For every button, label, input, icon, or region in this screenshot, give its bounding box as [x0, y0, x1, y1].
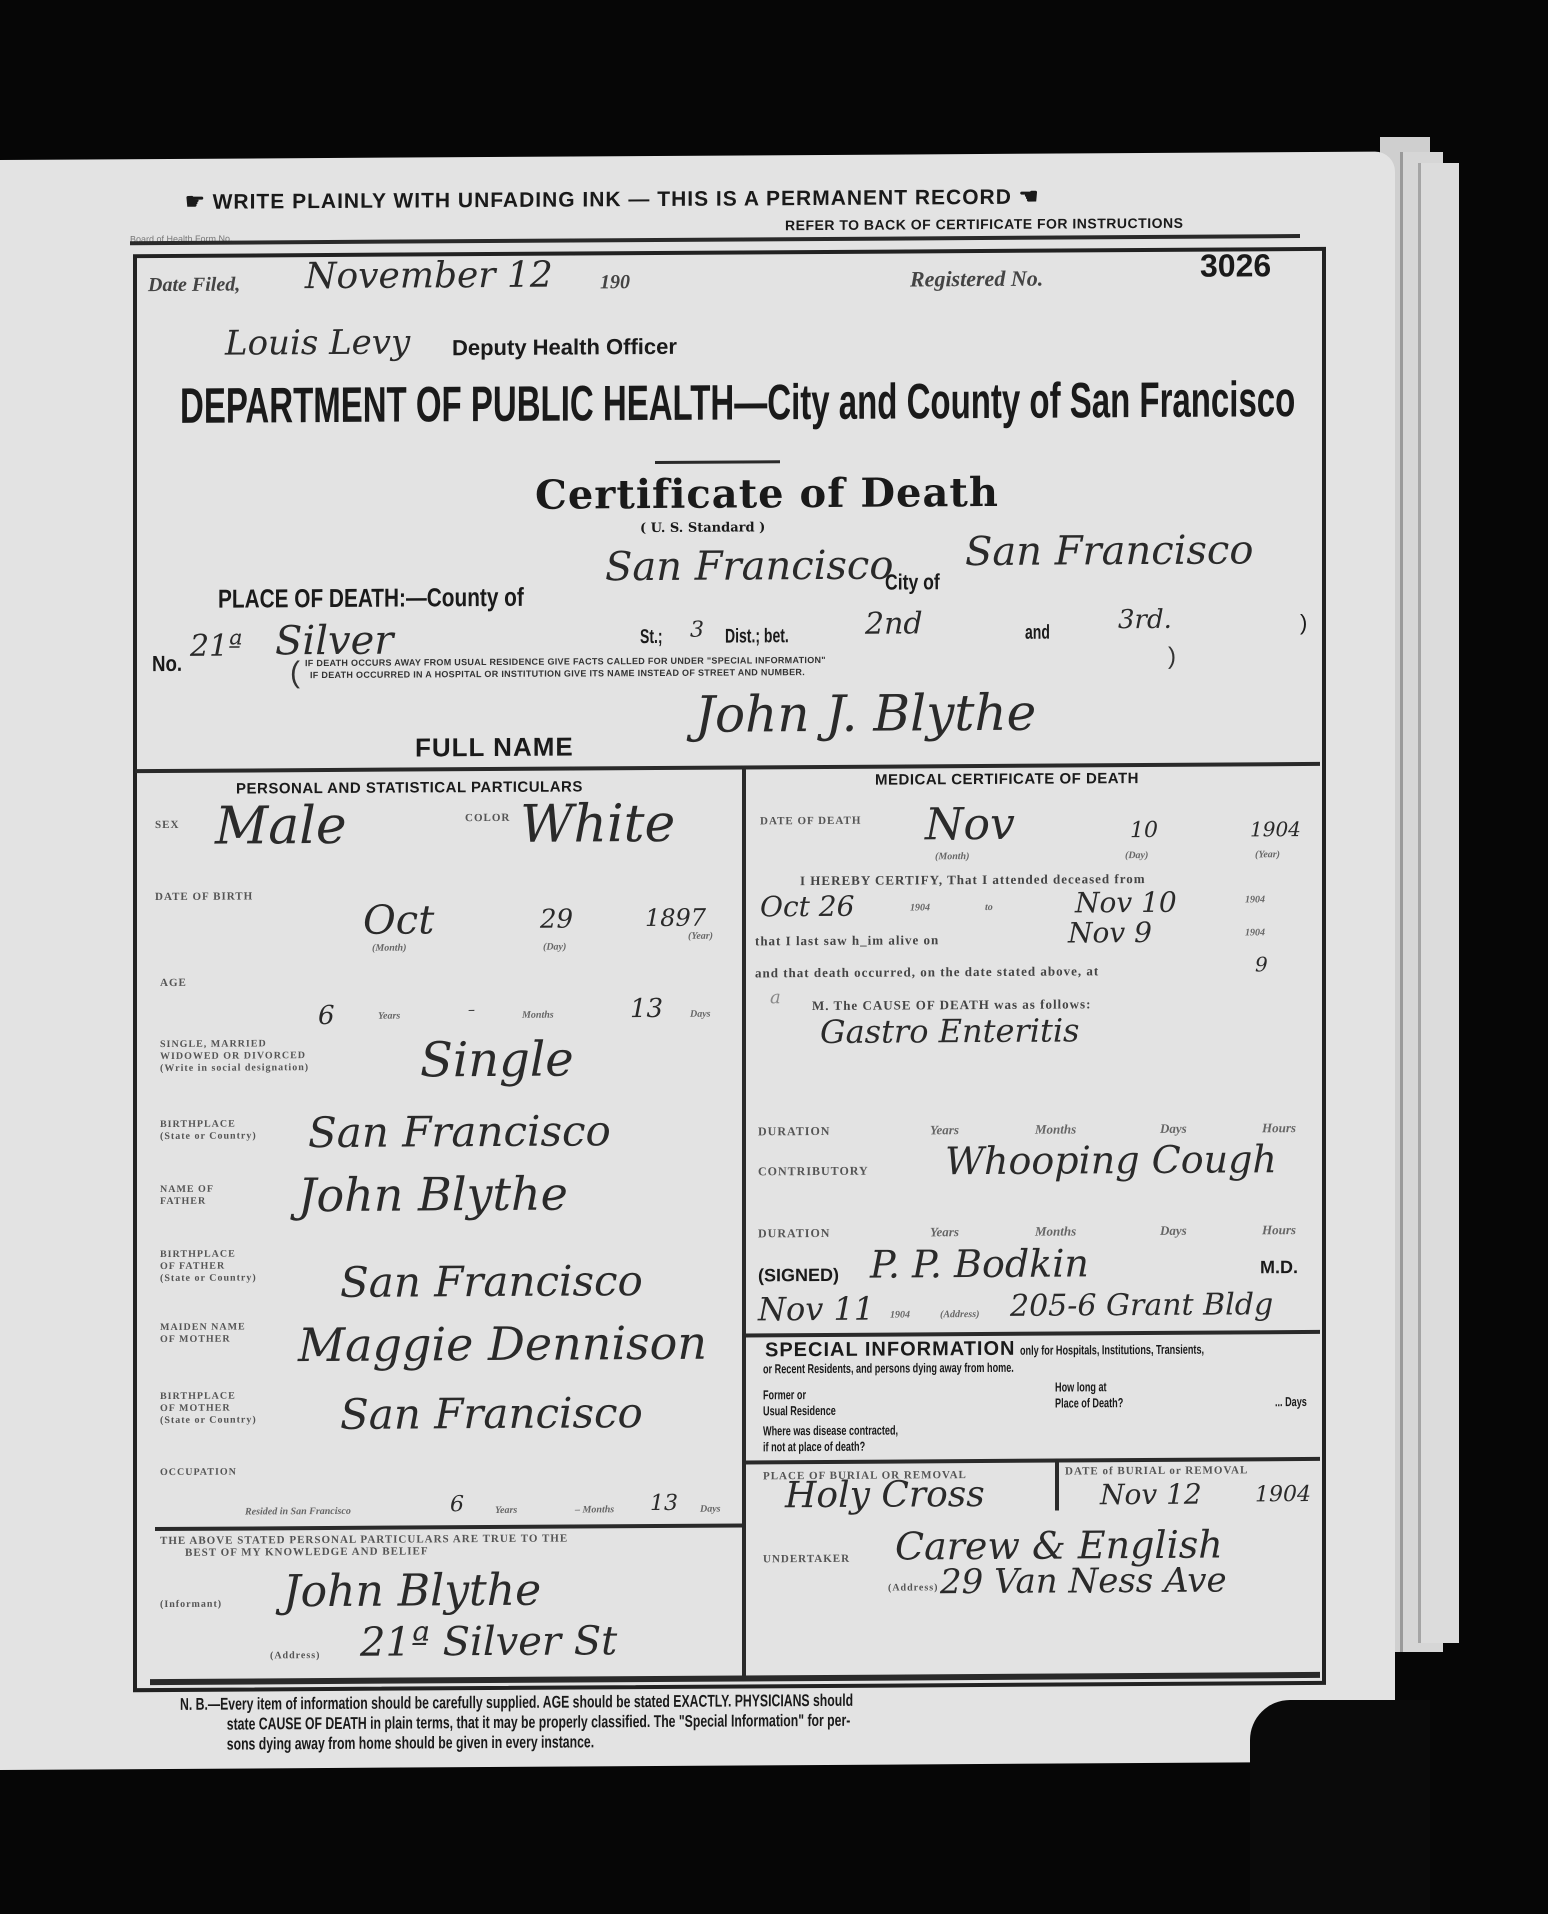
medical-heading: MEDICAL CERTIFICATE OF DEATH: [875, 770, 1139, 789]
county-value: San Francisco: [605, 543, 893, 591]
date-filed-year: 190: [600, 271, 630, 294]
undertaker-address-label: (Address): [888, 1582, 938, 1594]
place-of-death-label: PLACE OF DEATH:—County of: [218, 582, 524, 615]
age-months-label: Months: [522, 1010, 554, 1021]
resided-days: 13: [650, 1491, 678, 1516]
occupation-label: OCCUPATION: [160, 1467, 237, 1479]
duration-days: Days: [1160, 1121, 1187, 1137]
certify-text: I HEREBY CERTIFY, That I attended deceas…: [800, 873, 1146, 887]
date-filed-label: Date Filed,: [148, 274, 240, 298]
paren: ): [1300, 610, 1307, 636]
resided-months: – Months: [575, 1504, 614, 1515]
city-label: City of: [885, 569, 940, 595]
between-street-1: 2nd: [865, 606, 923, 641]
duration-months-2: Months: [1035, 1223, 1076, 1239]
street-label: St.;: [640, 626, 663, 649]
undertaker-address: 29 Van Ness Ave: [940, 1561, 1227, 1603]
burial-place: Holy Cross: [785, 1474, 985, 1516]
last-saw-label: that I last saw h_im alive on: [755, 934, 939, 947]
full-name-label: FULL NAME: [415, 731, 574, 763]
age-years-label: Years: [378, 1011, 400, 1022]
officer-signature: Louis Levy: [225, 322, 410, 363]
dod-year-label: (Year): [1255, 849, 1280, 860]
death-occurred-text: and that death occurred, on the date sta…: [755, 965, 1099, 979]
former-residence-label: Former or Usual Residence: [763, 1387, 836, 1419]
duration-months: Months: [1035, 1121, 1076, 1137]
banner: ☛ WRITE PLAINLY WITH UNFADING INK — THIS…: [185, 184, 1039, 215]
dob-day-label: (Day): [543, 942, 566, 953]
marital-label: SINGLE, MARRIED WIDOWED OR DIVORCED (Wri…: [160, 1038, 309, 1075]
dob-label: DATE OF BIRTH: [155, 890, 253, 903]
page-stack-edge: [1418, 163, 1459, 1643]
resided-days-label: Days: [700, 1504, 721, 1515]
death-hour: 9: [1255, 952, 1268, 976]
informant-address: 21ª Silver St: [360, 1618, 617, 1666]
dod-day-label: (Day): [1125, 850, 1148, 861]
resided-years-label: Years: [495, 1505, 517, 1516]
father-birthplace-label: BIRTHPLACE OF FATHER (State or Country): [160, 1248, 257, 1285]
duration-days-2: Days: [1160, 1223, 1187, 1239]
contributory-label: CONTRIBUTORY: [758, 1165, 869, 1178]
special-info-subheading: or Recent Residents, and persons dying a…: [763, 1360, 1014, 1377]
color-label: COLOR: [465, 812, 510, 824]
signed-label: (SIGNED): [758, 1265, 839, 1286]
signed-year: 1904: [890, 1309, 910, 1320]
shadow: [1250, 1700, 1430, 1914]
dod-year: 1904: [1250, 817, 1301, 841]
district-label: Dist.; bet.: [725, 625, 789, 648]
dod-month-label: (Month): [935, 851, 969, 862]
father-birthplace: San Francisco: [340, 1256, 643, 1307]
resided-years: 6: [450, 1492, 464, 1517]
paren: (: [290, 656, 300, 690]
footnote: N. B.—Every item of information should b…: [180, 1691, 853, 1755]
undertaker-label: UNDERTAKER: [763, 1553, 850, 1566]
dob-year-label: (Year): [688, 931, 713, 942]
and-label: and: [1025, 622, 1050, 645]
dob-month-label: (Month): [372, 943, 406, 954]
dod-label: DATE OF DEATH: [760, 815, 861, 828]
informant-address-label: (Address): [270, 1650, 320, 1662]
special-info-heading: SPECIAL INFORMATION only for Hospitals, …: [765, 1336, 1283, 1362]
attended-to: Nov 10: [1075, 886, 1177, 920]
resided-label: Resided in San Francisco: [245, 1506, 351, 1518]
color-value: White: [520, 794, 675, 855]
to-label: to: [985, 902, 993, 913]
informant-label: (Informant): [160, 1599, 222, 1611]
last-saw-date: Nov 9: [1068, 916, 1152, 950]
attended-from-year: 1904: [910, 902, 930, 913]
physician-signature: P. P. Bodkin: [870, 1241, 1089, 1286]
burial-divider: [1055, 1463, 1059, 1511]
age-years: 6: [318, 1001, 335, 1031]
am-pm: a: [770, 987, 781, 1008]
sex-value: Male: [215, 796, 347, 857]
registered-number: 3026: [1200, 247, 1271, 284]
age-days-label: Days: [690, 1009, 711, 1020]
mother-birthplace-label: BIRTHPLACE OF MOTHER (State or Country): [160, 1390, 257, 1427]
paren: ): [1168, 643, 1176, 671]
birthplace-label: BIRTHPLACE (State or Country): [160, 1118, 257, 1143]
cause-of-death: Gastro Enteritis: [820, 1011, 1079, 1051]
sex-label: SEX: [155, 819, 179, 831]
attended-to-year: 1904: [1245, 894, 1265, 905]
dob-month: Oct: [363, 897, 434, 943]
age-months: –: [468, 1002, 475, 1018]
pointing-hand-icon: ☛: [185, 189, 206, 214]
duration-hours-2: Hours: [1262, 1222, 1296, 1238]
days-label: ... Days: [1275, 1394, 1307, 1409]
how-long-label: How long at Place of Death?: [1055, 1379, 1123, 1411]
number-label: No.: [152, 651, 182, 677]
dod-day: 10: [1130, 818, 1158, 843]
dob-day: 29: [540, 904, 573, 934]
certificate-subtitle: ( U. S. Standard ): [640, 520, 765, 536]
age-days: 13: [630, 994, 663, 1024]
cause-label: M. The CAUSE OF DEATH was as follows:: [812, 998, 1091, 1012]
burial-date-label: DATE of BURIAL or REMOVAL: [1065, 1464, 1248, 1477]
city-value: San Francisco: [965, 527, 1253, 575]
duration-years: Years: [930, 1122, 959, 1138]
certificate-title: Certificate of Death: [535, 469, 999, 519]
mother-label: MAIDEN NAME OF MOTHER: [160, 1321, 246, 1346]
street-number: 21ª: [190, 629, 242, 664]
instructions-ref: REFER TO BACK OF CERTIFICATE FOR INSTRUC…: [785, 215, 1183, 233]
last-saw-year: 1904: [1245, 927, 1265, 938]
divider: [130, 234, 1300, 245]
certificate-page: ☛ WRITE PLAINLY WITH UNFADING INK — THIS…: [0, 151, 1395, 1770]
father-name: John Blythe: [298, 1167, 568, 1223]
mother-name: Maggie Dennison: [298, 1316, 707, 1372]
between-street-2: 3rd.: [1118, 605, 1172, 635]
date-filed-value: November 12: [305, 255, 553, 298]
father-label: NAME OF FATHER: [160, 1184, 214, 1208]
department-title: DEPARTMENT OF PUBLIC HEALTH—City and Cou…: [180, 370, 1295, 435]
dob-year: 1897: [645, 904, 706, 932]
duration-hours: Hours: [1262, 1120, 1296, 1136]
birthplace-value: San Francisco: [308, 1106, 611, 1157]
full-name-value: John J. Blythe: [695, 684, 1036, 744]
physician-address-label: (Address): [940, 1309, 979, 1320]
burial-date: Nov 12: [1100, 1478, 1202, 1512]
pointing-hand-icon: ☚: [1019, 184, 1040, 209]
duration-years-2: Years: [930, 1224, 959, 1240]
marital-value: Single: [420, 1031, 574, 1088]
burial-year: 1904: [1255, 1482, 1311, 1507]
duration-label: DURATION: [758, 1125, 830, 1137]
signed-date: Nov 11: [758, 1290, 874, 1329]
informant-statement: THE ABOVE STATED PERSONAL PARTICULARS AR…: [160, 1533, 568, 1559]
contributory-cause: Whooping Cough: [945, 1137, 1277, 1183]
dod-month: Nov: [925, 799, 1015, 851]
mother-birthplace: San Francisco: [340, 1388, 643, 1439]
duration-label-2: DURATION: [758, 1227, 830, 1239]
age-label: AGE: [160, 977, 187, 989]
officer-title: Deputy Health Officer: [452, 334, 677, 361]
column-divider: [742, 769, 746, 1679]
attended-from: Oct 26: [760, 890, 854, 924]
contracted-label: Where was disease contracted, if not at …: [763, 1423, 898, 1456]
informant-name: John Blythe: [283, 1565, 541, 1618]
physician-address: 205-6 Grant Bldg: [1010, 1287, 1273, 1324]
md-label: M.D.: [1260, 1257, 1298, 1278]
registered-label: Registered No.: [910, 266, 1043, 293]
district-value: 3: [690, 618, 704, 643]
